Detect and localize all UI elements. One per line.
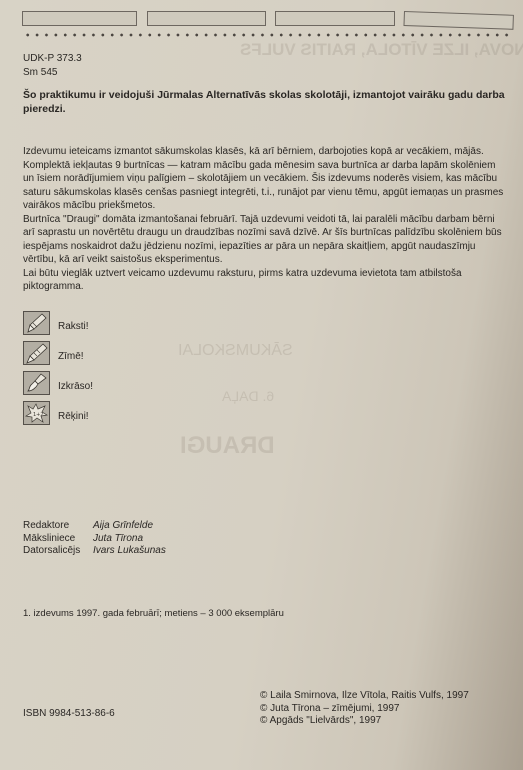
edition-info: 1. izdevums 1997. gada februārī; metiens… [23,608,284,619]
credit-name: Ivars Lukašunas [93,545,166,558]
header-tab [22,11,137,26]
credit-row: Māksliniece Juta Tīrona [23,533,166,546]
showthrough-series: SĀKUMSKOLAI [178,342,293,360]
legend-label: Rēķini! [58,411,89,422]
legend-label: Zīmē! [58,351,84,362]
legend-label: Izkrāso! [58,381,93,392]
credit-role: Datorsalicējs [23,545,93,558]
header-tabs [22,11,513,27]
isbn: ISBN 9984-513-86-6 [23,708,115,719]
credit-row: Redaktore Aija Grīnfelde [23,520,166,533]
paragraph: Izdevumu ieteicams izmantot sākumskolas … [23,145,508,159]
credits: Redaktore Aija Grīnfelde Māksliniece Jut… [23,520,166,558]
header-tab [275,11,395,26]
credit-role: Redaktore [23,520,93,533]
showthrough-authors: LAILA SMIRNOVA, ILZE VĪTOLA, RAITIS VULF… [240,40,523,60]
credit-name: Aija Grīnfelde [93,520,153,533]
paragraph: Burtnīca "Draugi" domāta izmantošanai fe… [23,213,508,267]
description: Izdevumu ieteicams izmantot sākumskolas … [23,145,508,294]
legend-label: Raksti! [58,321,89,332]
header-tab [403,11,513,30]
intro-statement: Šo praktikumu ir veidojuši Jūrmalas Alte… [23,88,513,116]
copyright-line: © Juta Tīrona – zīmējumi, 1997 [260,703,469,716]
showthrough-title: DRAUGI [180,432,275,460]
paragraph: Lai būtu vieglāk uztvert veicamo uzdevum… [23,267,508,294]
pencil-icon [23,341,50,365]
catalog-codes: UDK-P 373.3 Sm 545 [23,52,82,80]
header-tab [147,11,266,26]
dotted-divider [23,33,509,37]
svg-text:1+2: 1+2 [33,412,44,418]
udk-code: UDK-P 373.3 [23,52,82,66]
pen-icon [23,311,50,335]
calculation-burst-icon: 1+2 [23,401,50,425]
paragraph: Komplektā iekļautas 9 burtnīcas — katram… [23,159,508,213]
showthrough-part: 6. DAĻA [222,388,274,404]
credit-row: Datorsalicējs Ivars Lukašunas [23,545,166,558]
copyright-line: © Laila Smirnova, Ilze Vītola, Raitis Vu… [260,690,469,703]
copyright-notices: © Laila Smirnova, Ilze Vītola, Raitis Vu… [260,690,469,728]
copyright-line: © Apgāds "Lielvārds", 1997 [260,715,469,728]
shelf-code: Sm 545 [23,66,82,80]
credit-role: Māksliniece [23,533,93,546]
credit-name: Juta Tīrona [93,533,143,546]
book-imprint-page: LAILA SMIRNOVA, ILZE VĪTOLA, RAITIS VULF… [0,0,523,770]
paintbrush-icon [23,371,50,395]
